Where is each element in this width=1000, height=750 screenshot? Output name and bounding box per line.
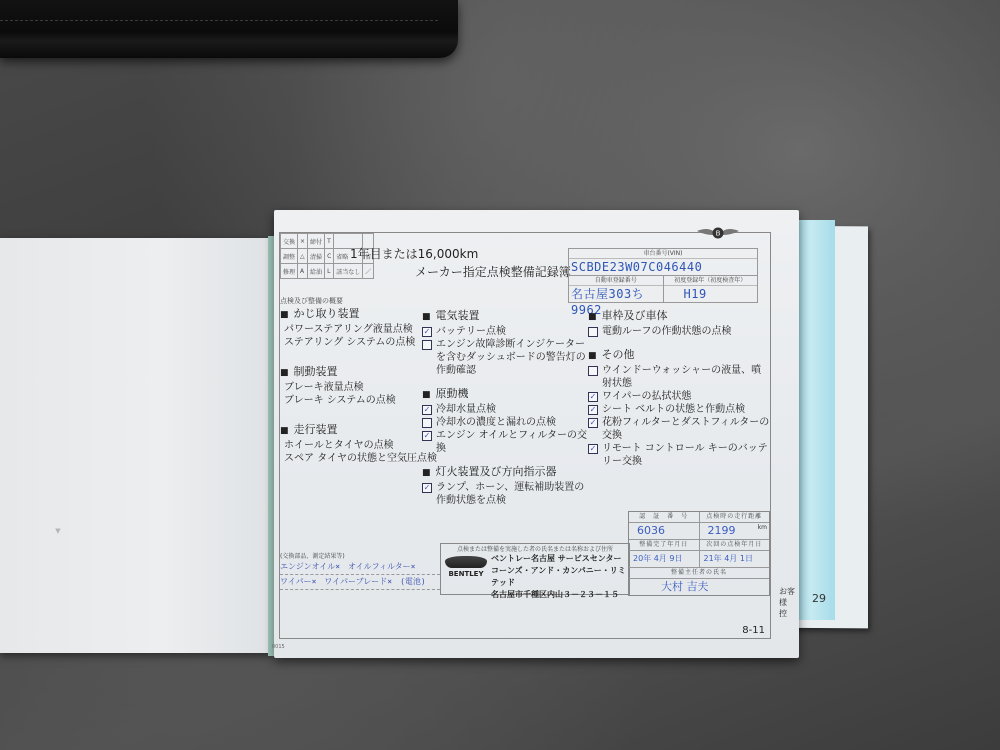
completion-date: 20年 4月 9日 xyxy=(631,552,697,566)
inspection-item: ホイールとタイヤの点検 xyxy=(280,439,437,452)
legend-cell: 調整 xyxy=(281,249,298,264)
page-number: 8-11 xyxy=(742,625,765,636)
inspection-item: 電動ルーフの作動状態の点検 xyxy=(588,325,770,338)
checkbox-icon[interactable] xyxy=(422,418,432,428)
dealer-company: コーンズ・アンド・カンパニー・リミテッド xyxy=(491,565,629,589)
inspection-item-label: バッテリー点検 xyxy=(436,325,506,338)
dealer-name: ベントレー名古屋 サービスセンター xyxy=(491,553,629,565)
inspection-item: 冷却水の濃度と漏れの点検 xyxy=(422,416,587,429)
inspection-item-label: ランプ、ホーン、運転補助装置の作動状態を点検 xyxy=(436,481,587,507)
inspection-sections-middle: 電気装置✓バッテリー点検エンジン故障診断インジケーターを含むダッシュボードの警告… xyxy=(422,309,587,507)
legend-cell: 該当なし xyxy=(334,264,363,279)
next-inspection-caption: 次回の点検年月日 xyxy=(702,541,768,549)
dealer-box: 点検または整備を実施した者の氏名または名称および住所 BENTLEY ベントレー… xyxy=(440,543,630,595)
checkbox-icon[interactable]: ✓ xyxy=(422,327,432,337)
footer-code: 0015 xyxy=(272,644,285,650)
checkbox-icon[interactable]: ✓ xyxy=(422,405,432,415)
inspection-item-label: 花粉フィルターとダストフィルターの交換 xyxy=(602,416,770,442)
section-title: 電気装置 xyxy=(422,309,587,324)
completion-date-caption: 整備完了年月日 xyxy=(631,541,697,549)
next-inspection-date: 21年 4月 1日 xyxy=(702,552,768,566)
dealer-logo-text: BENTLEY xyxy=(448,570,483,578)
legend-cell: 修理 xyxy=(281,264,298,279)
maintenance-record-page: 交換×締付T調整△清掃C省略省修理A給油L該当なし／ 1年目または16,000k… xyxy=(274,210,799,658)
summary-caption: 点検及び整備の概要 xyxy=(280,296,343,306)
inspection-item-label: ブレーキ液量点検 xyxy=(284,381,364,394)
legend-cell: 締付 xyxy=(308,234,325,249)
inspection-item-label: ワイパーの払拭状態 xyxy=(602,390,692,403)
section-title: 車枠及び車体 xyxy=(588,309,770,324)
inspection-sections-right: 車枠及び車体電動ルーフの作動状態の点検その他ウインドーウォッシャーの液量、噴射状… xyxy=(588,309,770,468)
checkbox-icon[interactable]: ✓ xyxy=(422,483,432,493)
inspection-item: ✓エンジン オイルとフィルターの交換 xyxy=(422,429,587,455)
inspection-item: ✓バッテリー点検 xyxy=(422,325,587,338)
first-registration-caption: 初度登録年（初度検査年） xyxy=(664,276,758,286)
inspection-item: ✓リモート コントロール キーのバッテリー交換 xyxy=(588,442,770,468)
legend-cell: ／ xyxy=(363,264,374,279)
checkbox-icon[interactable]: ✓ xyxy=(588,392,598,402)
registration-caption: 自動車登録番号 xyxy=(569,276,663,286)
inspection-section: かじ取り装置パワーステアリング液量点検ステアリング システムの点検 xyxy=(280,307,437,349)
inspection-section: 走行装置ホイールとタイヤの点検スペア タイヤの状態と空気圧点検 xyxy=(280,423,437,465)
chief-mechanic-name: 大村 吉夫 xyxy=(631,580,767,594)
checkbox-icon[interactable]: ✓ xyxy=(588,418,598,428)
back-page-number: 29 xyxy=(812,592,826,605)
inspection-section: 電気装置✓バッテリー点検エンジン故障診断インジケーターを含むダッシュボードの警告… xyxy=(422,309,587,377)
bentley-wings-icon xyxy=(445,556,487,568)
inspection-item-label: 電動ルーフの作動状態の点検 xyxy=(602,325,732,338)
inspection-item-label: 冷却水量点検 xyxy=(436,403,496,416)
odometer-unit: km xyxy=(758,524,767,531)
inspection-item-label: 冷却水の濃度と漏れの点検 xyxy=(436,416,556,429)
inspection-item: ✓花粉フィルターとダストフィルターの交換 xyxy=(588,416,770,442)
legend-cell: L xyxy=(325,264,334,279)
inspection-item-label: リモート コントロール キーのバッテリー交換 xyxy=(602,442,770,468)
inspection-section: 原動機✓冷却水量点検冷却水の濃度と漏れの点検✓エンジン オイルとフィルターの交換 xyxy=(422,387,587,455)
checkbox-icon[interactable]: ✓ xyxy=(422,431,432,441)
section-title: 原動機 xyxy=(422,387,587,402)
section-title: 走行装置 xyxy=(280,423,437,438)
section-title: 制動装置 xyxy=(280,365,437,380)
cert-number: 6036 xyxy=(631,524,697,538)
service-record-box: 認 証 番 号 点検時の走行距離 6036 km2199 整備完了年月日 次回の… xyxy=(628,511,770,596)
inspection-item: ウインドーウォッシャーの液量、噴射状態 xyxy=(588,364,770,390)
vin-caption: 車台番号(VIN) xyxy=(569,249,757,259)
inspection-item: パワーステアリング液量点検 xyxy=(280,323,437,336)
section-title: その他 xyxy=(588,348,770,363)
bentley-wings-logo: B xyxy=(695,225,741,241)
inspection-item-label: エンジン故障診断インジケーターを含むダッシュボードの警告灯の作動確認 xyxy=(436,338,587,377)
legend-cell: T xyxy=(325,234,334,249)
inspection-item-label: ステアリング システムの点検 xyxy=(284,336,415,349)
notes-line: エンジンオイル× オイルフィルター× xyxy=(280,560,440,575)
inspection-item-label: シート ベルトの状態と作動点検 xyxy=(602,403,745,416)
checkbox-icon[interactable] xyxy=(588,327,598,337)
inspection-item: ブレーキ液量点検 xyxy=(280,381,437,394)
notes-caption: (交換部品、測定結果等) xyxy=(280,551,440,560)
black-wallet xyxy=(0,0,458,58)
inspection-item: ブレーキ システムの点検 xyxy=(280,394,437,407)
customer-copy-label: お客様 控 xyxy=(779,586,799,619)
legend-cell: C xyxy=(325,249,334,264)
vin-value: SCBDE23W07C046440 xyxy=(569,259,757,275)
legend-cell: 交換 xyxy=(281,234,298,249)
checkbox-icon[interactable]: ✓ xyxy=(588,405,598,415)
inspection-item-label: パワーステアリング液量点検 xyxy=(284,323,413,336)
inspection-section: 灯火装置及び方向指示器✓ランプ、ホーン、運転補助装置の作動状態を点検 xyxy=(422,465,587,507)
record-form: 交換×締付T調整△清掃C省略省修理A給油L該当なし／ 1年目または16,000k… xyxy=(279,232,771,639)
inspection-item: ✓ワイパーの払拭状態 xyxy=(588,390,770,403)
legend-cell: 清掃 xyxy=(308,249,325,264)
inspection-item: ✓ランプ、ホーン、運転補助装置の作動状態を点検 xyxy=(422,481,587,507)
legend-cell: 給油 xyxy=(308,264,325,279)
inspection-section: 制動装置ブレーキ液量点検ブレーキ システムの点検 xyxy=(280,365,437,407)
section-title: かじ取り装置 xyxy=(280,307,437,322)
first-registration-value: H19 xyxy=(664,286,758,302)
record-title: メーカー指定点検整備記録簿 xyxy=(415,263,571,280)
legend-cell: A xyxy=(298,264,308,279)
vehicle-id-box: 車台番号(VIN) SCBDE23W07C046440 自動車登録番号 名古屋3… xyxy=(568,248,758,303)
registration-value: 名古屋303ち9962 xyxy=(569,286,663,302)
chief-mechanic-caption: 整備主任者の氏名 xyxy=(631,569,767,577)
notes-line: ワイパー× ワイパーブレード× (電池) xyxy=(280,575,440,590)
dealer-address: 名古屋市千種区内山３－２３－１５ xyxy=(491,589,629,601)
checkbox-icon[interactable] xyxy=(422,340,432,350)
inspection-item-label: スペア タイヤの状態と空気圧点検 xyxy=(284,452,437,465)
inspection-section: その他ウインドーウォッシャーの液量、噴射状態✓ワイパーの払拭状態✓シート ベルト… xyxy=(588,348,770,468)
dealer-bentley-logo: BENTLEY xyxy=(445,556,487,578)
inspection-item-label: ウインドーウォッシャーの液量、噴射状態 xyxy=(602,364,770,390)
cert-caption: 認 証 番 号 xyxy=(631,513,697,521)
legend-cell: △ xyxy=(298,249,308,264)
inspection-item: ステアリング システムの点検 xyxy=(280,336,437,349)
dealer-caption: 点検または整備を実施した者の氏名または名称および住所 xyxy=(441,544,629,553)
notes-area: (交換部品、測定結果等) エンジンオイル× オイルフィルター× ワイパー× ワイ… xyxy=(280,551,440,590)
checkbox-icon[interactable]: ✓ xyxy=(588,444,598,454)
inspection-item-label: ブレーキ システムの点検 xyxy=(284,394,396,407)
legend-row: 修理A給油L該当なし／ xyxy=(281,264,374,279)
interval-title: 1年目または16,000km xyxy=(350,245,478,262)
inspection-item: スペア タイヤの状態と空気圧点検 xyxy=(280,452,437,465)
inspection-sections-left: かじ取り装置パワーステアリング液量点検ステアリング システムの点検制動装置ブレー… xyxy=(280,307,437,465)
inspection-item-label: ホイールとタイヤの点検 xyxy=(284,439,394,452)
svg-text:B: B xyxy=(716,230,721,238)
inspection-section: 車枠及び車体電動ルーフの作動状態の点検 xyxy=(588,309,770,338)
left-page-blank xyxy=(0,238,272,653)
inspection-item: エンジン故障診断インジケーターを含むダッシュボードの警告灯の作動確認 xyxy=(422,338,587,377)
section-title: 灯火装置及び方向指示器 xyxy=(422,465,587,480)
odometer-caption: 点検時の走行距離 xyxy=(702,513,768,521)
inspection-item-label: エンジン オイルとフィルターの交換 xyxy=(436,429,587,455)
bentley-logo-bleedthrough: ▼ xyxy=(38,527,78,551)
legend-cell: × xyxy=(298,234,308,249)
inspection-item: ✓シート ベルトの状態と作動点検 xyxy=(588,403,770,416)
inspection-item: ✓冷却水量点検 xyxy=(422,403,587,416)
checkbox-icon[interactable] xyxy=(588,366,598,376)
